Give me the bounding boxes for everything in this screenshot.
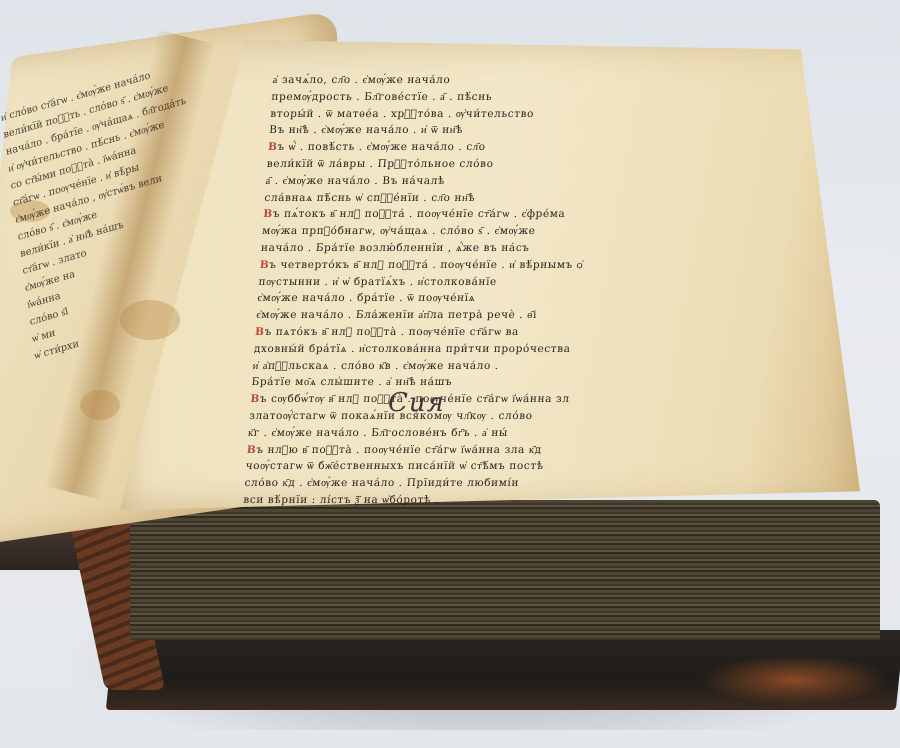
rubric-line: Въ пѧ́токъ в҃ нлⷣ поⷭ҇та́ . поѹче́нїе ст… (263, 206, 704, 223)
text-line: вели́кїй ѿ ла́вры . Прⷭ҇то́льное сло́во (266, 156, 707, 173)
rubric-line: Въ четверто́къ в҃ нлⷣ поⷭ҇та́ . поѹче́нї… (259, 257, 700, 274)
text-line: мѹ́жа прпⷣо́бнагѡ, ѹ҆ча́щаѧ . сло́во ѕ҃ … (262, 223, 703, 240)
text-line: Въ нн҃ѣ . є҆мѹ́же нача́ло . и҆ ѿ нн҃ѣ (269, 122, 710, 139)
rubric-line: Въ ѡ҆́ . повѣ́сть . є҆мѹ́же нача́ло . сл… (267, 139, 708, 156)
text-line: нача́ло . Бра́тїе возлю́бленнїи , ѧ҆́же … (260, 240, 701, 257)
text-line: Бра́тїе мо҄ѧ слы́шите . а҆ нн҃ѣ на́шъ (251, 374, 692, 391)
rubric-line: Въ пѧто́къ в҃ нлⷣ поⷭ҇та̀ . поѹче́нїе ст… (254, 324, 695, 341)
text-line: вторы́й . ѿ матѳе́а . хрⷭ҇то́ва . ѹ҆чи́т… (270, 106, 711, 123)
water-stain (80, 390, 120, 420)
page-edges-block (130, 500, 880, 640)
text-line: є҆мѹ́же нача́ло . Бла́женїи а҆п҃ла петра… (256, 307, 697, 324)
text-line: сла́внаѧ пѣ́снь ѡ҆ спⷭ҇е́нїи . сл҃о нн҃ѣ (264, 190, 705, 207)
text-line: дховны́й бра́тїѧ . и҆столкова́нна при́тч… (253, 341, 694, 358)
right-page-text: а҆ зачѧ́ло, сл҃о . є҆мѹ́же нача́ло премѹ… (243, 72, 714, 509)
book-photograph: и҆ сло́во ст҃а́гѡ . є҆мѹ́же нача́ло вели… (0, 0, 900, 748)
text-line: премѹ́дрость . Бл҃гове́стїе . а҃ . пѣ́сн… (271, 89, 712, 106)
text-line: а҆ зачѧ́ло, сл҃о . є҆мѹ́же нача́ло (272, 72, 713, 89)
text-line: є҆мѹ́же нача́ло . бра́тїе . ѿ поѹче́нїѧ (257, 290, 698, 307)
text-line: к҃г . є҆мѹ́же нача́ло . Бл҃гослове́нъ бг… (247, 425, 688, 442)
cover-wear-damage (700, 655, 890, 705)
text-line: чоѹ́стагѡ ѿ бж҃е́ственныхъ писа́нїй ѡ҆ с… (245, 458, 686, 475)
rubric-line: Въ нлⷣю в҃ поⷭ҇та̀ . поѹче́нїе ст҃а́гѡ ї… (246, 442, 687, 459)
text-line: сло́во к҃д . є҆мѹ́же нача́ло . Прїиди́те… (244, 475, 685, 492)
text-line: а҃ . є҆мѹ́же нача́ло . Въ на́чалѣ (265, 173, 706, 190)
text-line: и҆ а҆пⷭ҇льскаѧ . сло́во к҃в . є҆мѹ́же на… (252, 358, 693, 375)
text-line: пѹстынни . и҆ ѡ҆ братїѧ́хъ . и҆столкова́… (258, 274, 699, 291)
handwritten-note: Сия (388, 388, 445, 418)
text-line: златоѹ҆́стагѡ ѿ покаѧ́нїи вся́комѹ чл҃кѹ… (249, 408, 690, 425)
rubric-line: Въ сѹббѡ́тѹ в҃ нлⷣ поⷭ҇та̀ . поѹче́нїе с… (250, 391, 691, 408)
text-line: вси вѣ́рнїи : лі́стъ ѯ҃ на ѡ҆бо́ротѣ . (243, 492, 684, 509)
